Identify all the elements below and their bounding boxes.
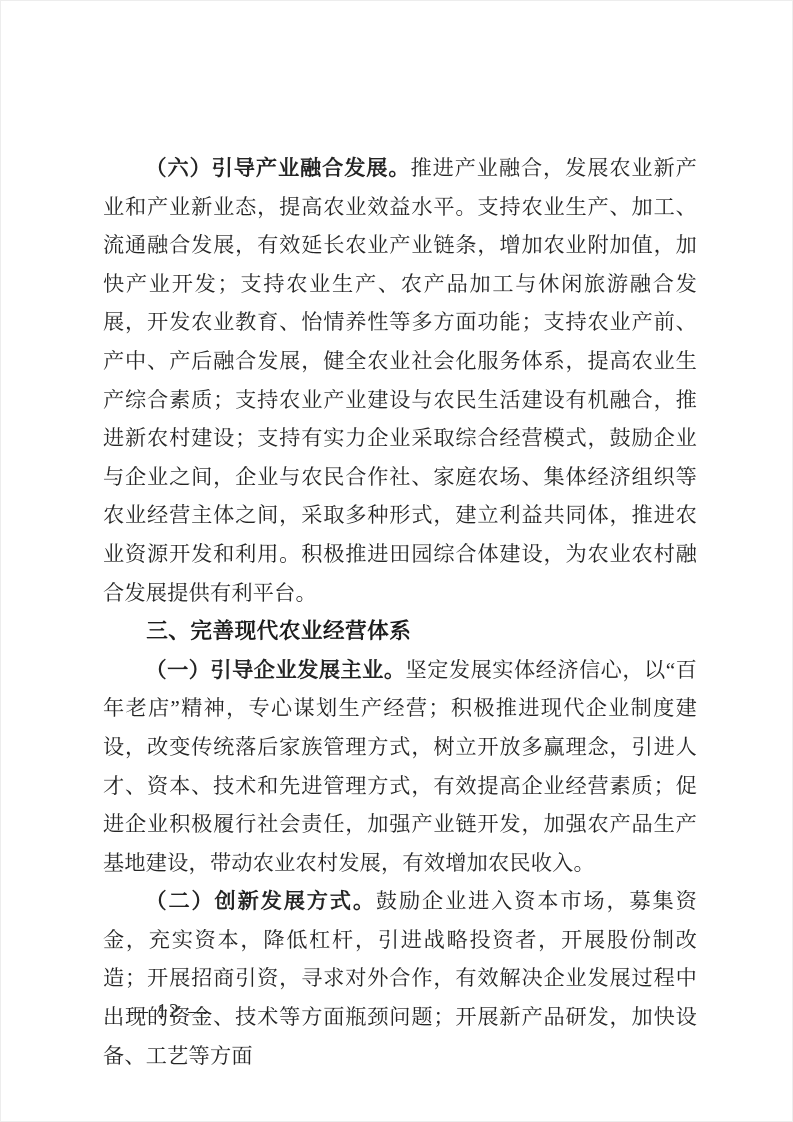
paragraph-section-6-text: 推进产业融合，发展农业新产业和产业新业态，提高农业效益水平。支持农业生产、加工、…: [103, 156, 697, 605]
section-heading-3: 三、完善现代农业经营体系: [103, 612, 697, 651]
page-number: — 12 —: [128, 1000, 210, 1023]
paragraph-section-2-text: 鼓励企业进入资本市场，募集资金，充实资本，降低杠杆，引进战略投资者，开展股份制改…: [103, 889, 697, 1067]
paragraph-section-1: （一）引导企业发展主业。坚定发展实体经济信心，以“百年老店”精神，专心谋划生产经…: [103, 651, 697, 883]
document-body: （六）引导产业融合发展。推进产业融合，发展农业新产业和产业新业态，提高农业效益水…: [103, 149, 697, 1075]
document-page: （六）引导产业融合发展。推进产业融合，发展农业新产业和产业新业态，提高农业效益水…: [0, 0, 793, 1122]
paragraph-section-1-text: 坚定发展实体经济信心，以“百年老店”精神，专心谋划生产经营；积极推进现代企业制度…: [103, 658, 697, 875]
paragraph-section-2-lead: （二）创新发展方式。: [145, 889, 376, 913]
paragraph-section-2: （二）创新发展方式。鼓励企业进入资本市场，募集资金，充实资本，降低杠杆，引进战略…: [103, 882, 697, 1075]
paragraph-section-1-lead: （一）引导企业发展主业。: [145, 658, 405, 682]
paragraph-section-6-lead: （六）引导产业融合发展。: [145, 156, 410, 180]
paragraph-section-6: （六）引导产业融合发展。推进产业融合，发展农业新产业和产业新业态，提高农业效益水…: [103, 149, 697, 612]
